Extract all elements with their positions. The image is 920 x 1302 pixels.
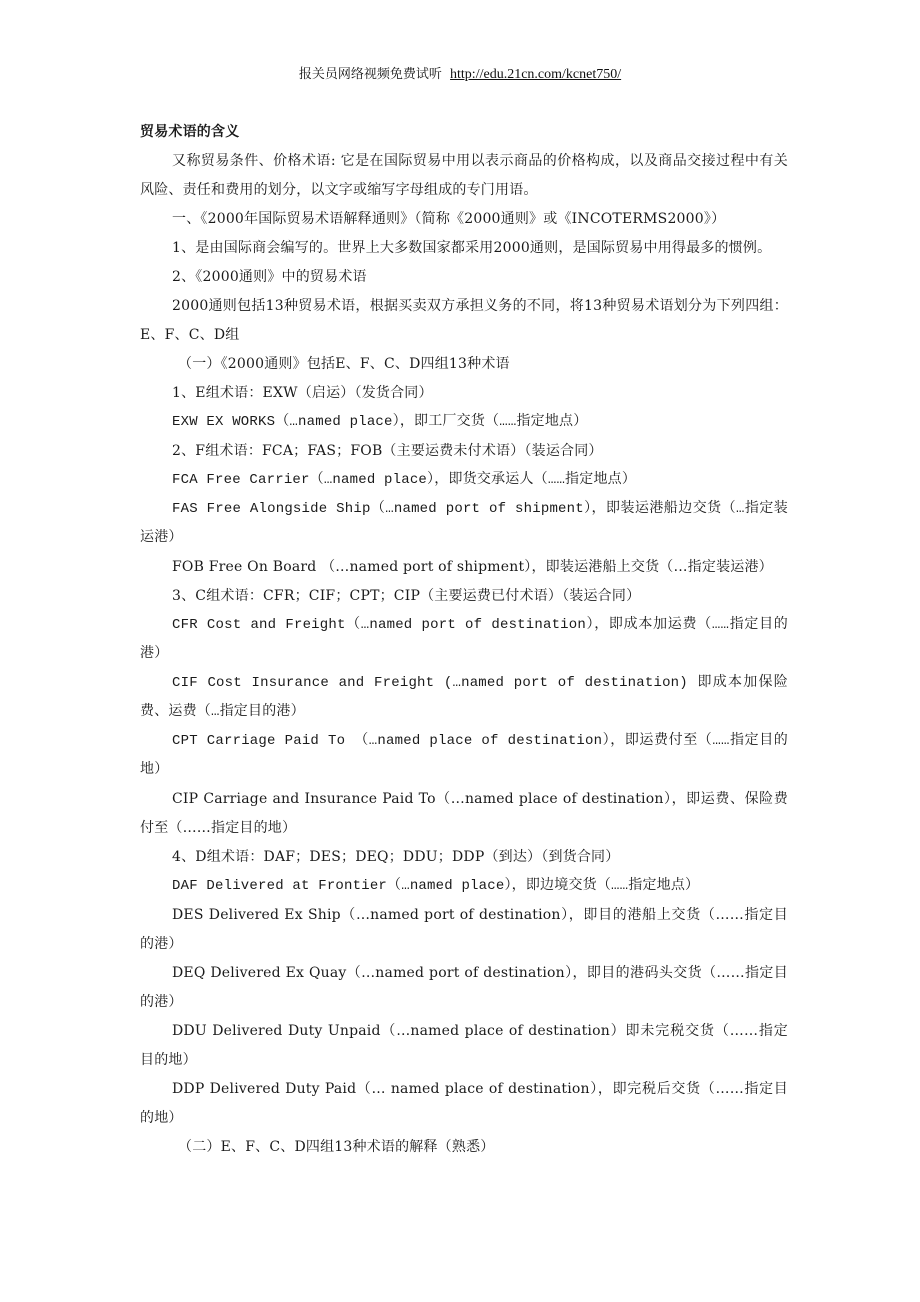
- term-deq: DEQ Delivered Ex Quay（…named port of des…: [140, 959, 788, 1017]
- header-label: 报关员网络视频免费试听: [299, 67, 442, 82]
- section-title: 贸易术语的含义: [140, 118, 788, 147]
- header-link[interactable]: http://edu.21cn.com/kcnet750/: [450, 67, 621, 82]
- term-ddp: DDP Delivered Duty Paid（… named place of…: [140, 1075, 788, 1133]
- term-cpt: CPT Carriage Paid To （…named place of de…: [140, 727, 788, 785]
- term-cfr: CFR Cost and Freight（…named port of dest…: [140, 611, 788, 669]
- term-ddu: DDU Delivered Duty Unpaid（…named place o…: [140, 1017, 788, 1075]
- term-fas: FAS Free Alongside Ship（…named port of s…: [140, 495, 788, 553]
- heading-c-group: 3、C组术语：CFR；CIF；CPT；CIP（主要运费已付术语）（装运合同）: [140, 582, 788, 611]
- term-fca: FCA Free Carrier（…named place），即货交承运人（………: [140, 466, 788, 495]
- heading-four-groups-13-terms: （一）《2000通则》包括E、F、C、D四组13种术语: [140, 350, 788, 379]
- term-des: DES Delivered Ex Ship（…named port of des…: [140, 901, 788, 959]
- heading-trade-terms: 2、《2000通则》中的贸易术语: [140, 263, 788, 292]
- paragraph-four-groups: 2000通则包括13种贸易术语，根据买卖双方承担义务的不同，将13种贸易术语划分…: [140, 292, 788, 350]
- document-body: 贸易术语的含义 又称贸易条件、价格术语: 它是在国际贸易中用以表示商品的价格构成…: [140, 118, 788, 1162]
- page-header: 报关员网络视频免费试听 http://edu.21cn.com/kcnet750…: [0, 64, 920, 86]
- term-daf: DAF Delivered at Frontier（…named place），…: [140, 872, 788, 901]
- term-cip: CIP Carriage and Insurance Paid To（…name…: [140, 785, 788, 843]
- heading-f-group: 2、F组术语：FCA；FAS；FOB（主要运费未付术语）（装运合同）: [140, 437, 788, 466]
- paragraph-definition: 又称贸易条件、价格术语: 它是在国际贸易中用以表示商品的价格构成，以及商品交接过…: [140, 147, 788, 205]
- paragraph-icc: 1、是由国际商会编写的。世界上大多数国家都采用2000通则，是国际贸易中用得最多…: [140, 234, 788, 263]
- term-fob: FOB Free On Board （…named port of shipme…: [140, 553, 788, 582]
- heading-d-group: 4、D组术语：DAF；DES；DEQ；DDU；DDP（到达）（到货合同）: [140, 843, 788, 872]
- heading-incoterms-2000: 一、《2000年国际贸易术语解释通则》（简称《2000通则》或《INCOTERM…: [140, 205, 788, 234]
- term-exw: EXW EX WORKS（…named place），即工厂交货（……指定地点）: [140, 408, 788, 437]
- heading-e-group: 1、E组术语：EXW（启运）（发货合同）: [140, 379, 788, 408]
- term-cif: CIF Cost Insurance and Freight (…named p…: [140, 669, 788, 727]
- heading-interpretation: （二）E、F、C、D四组13种术语的解释（熟悉）: [140, 1133, 788, 1162]
